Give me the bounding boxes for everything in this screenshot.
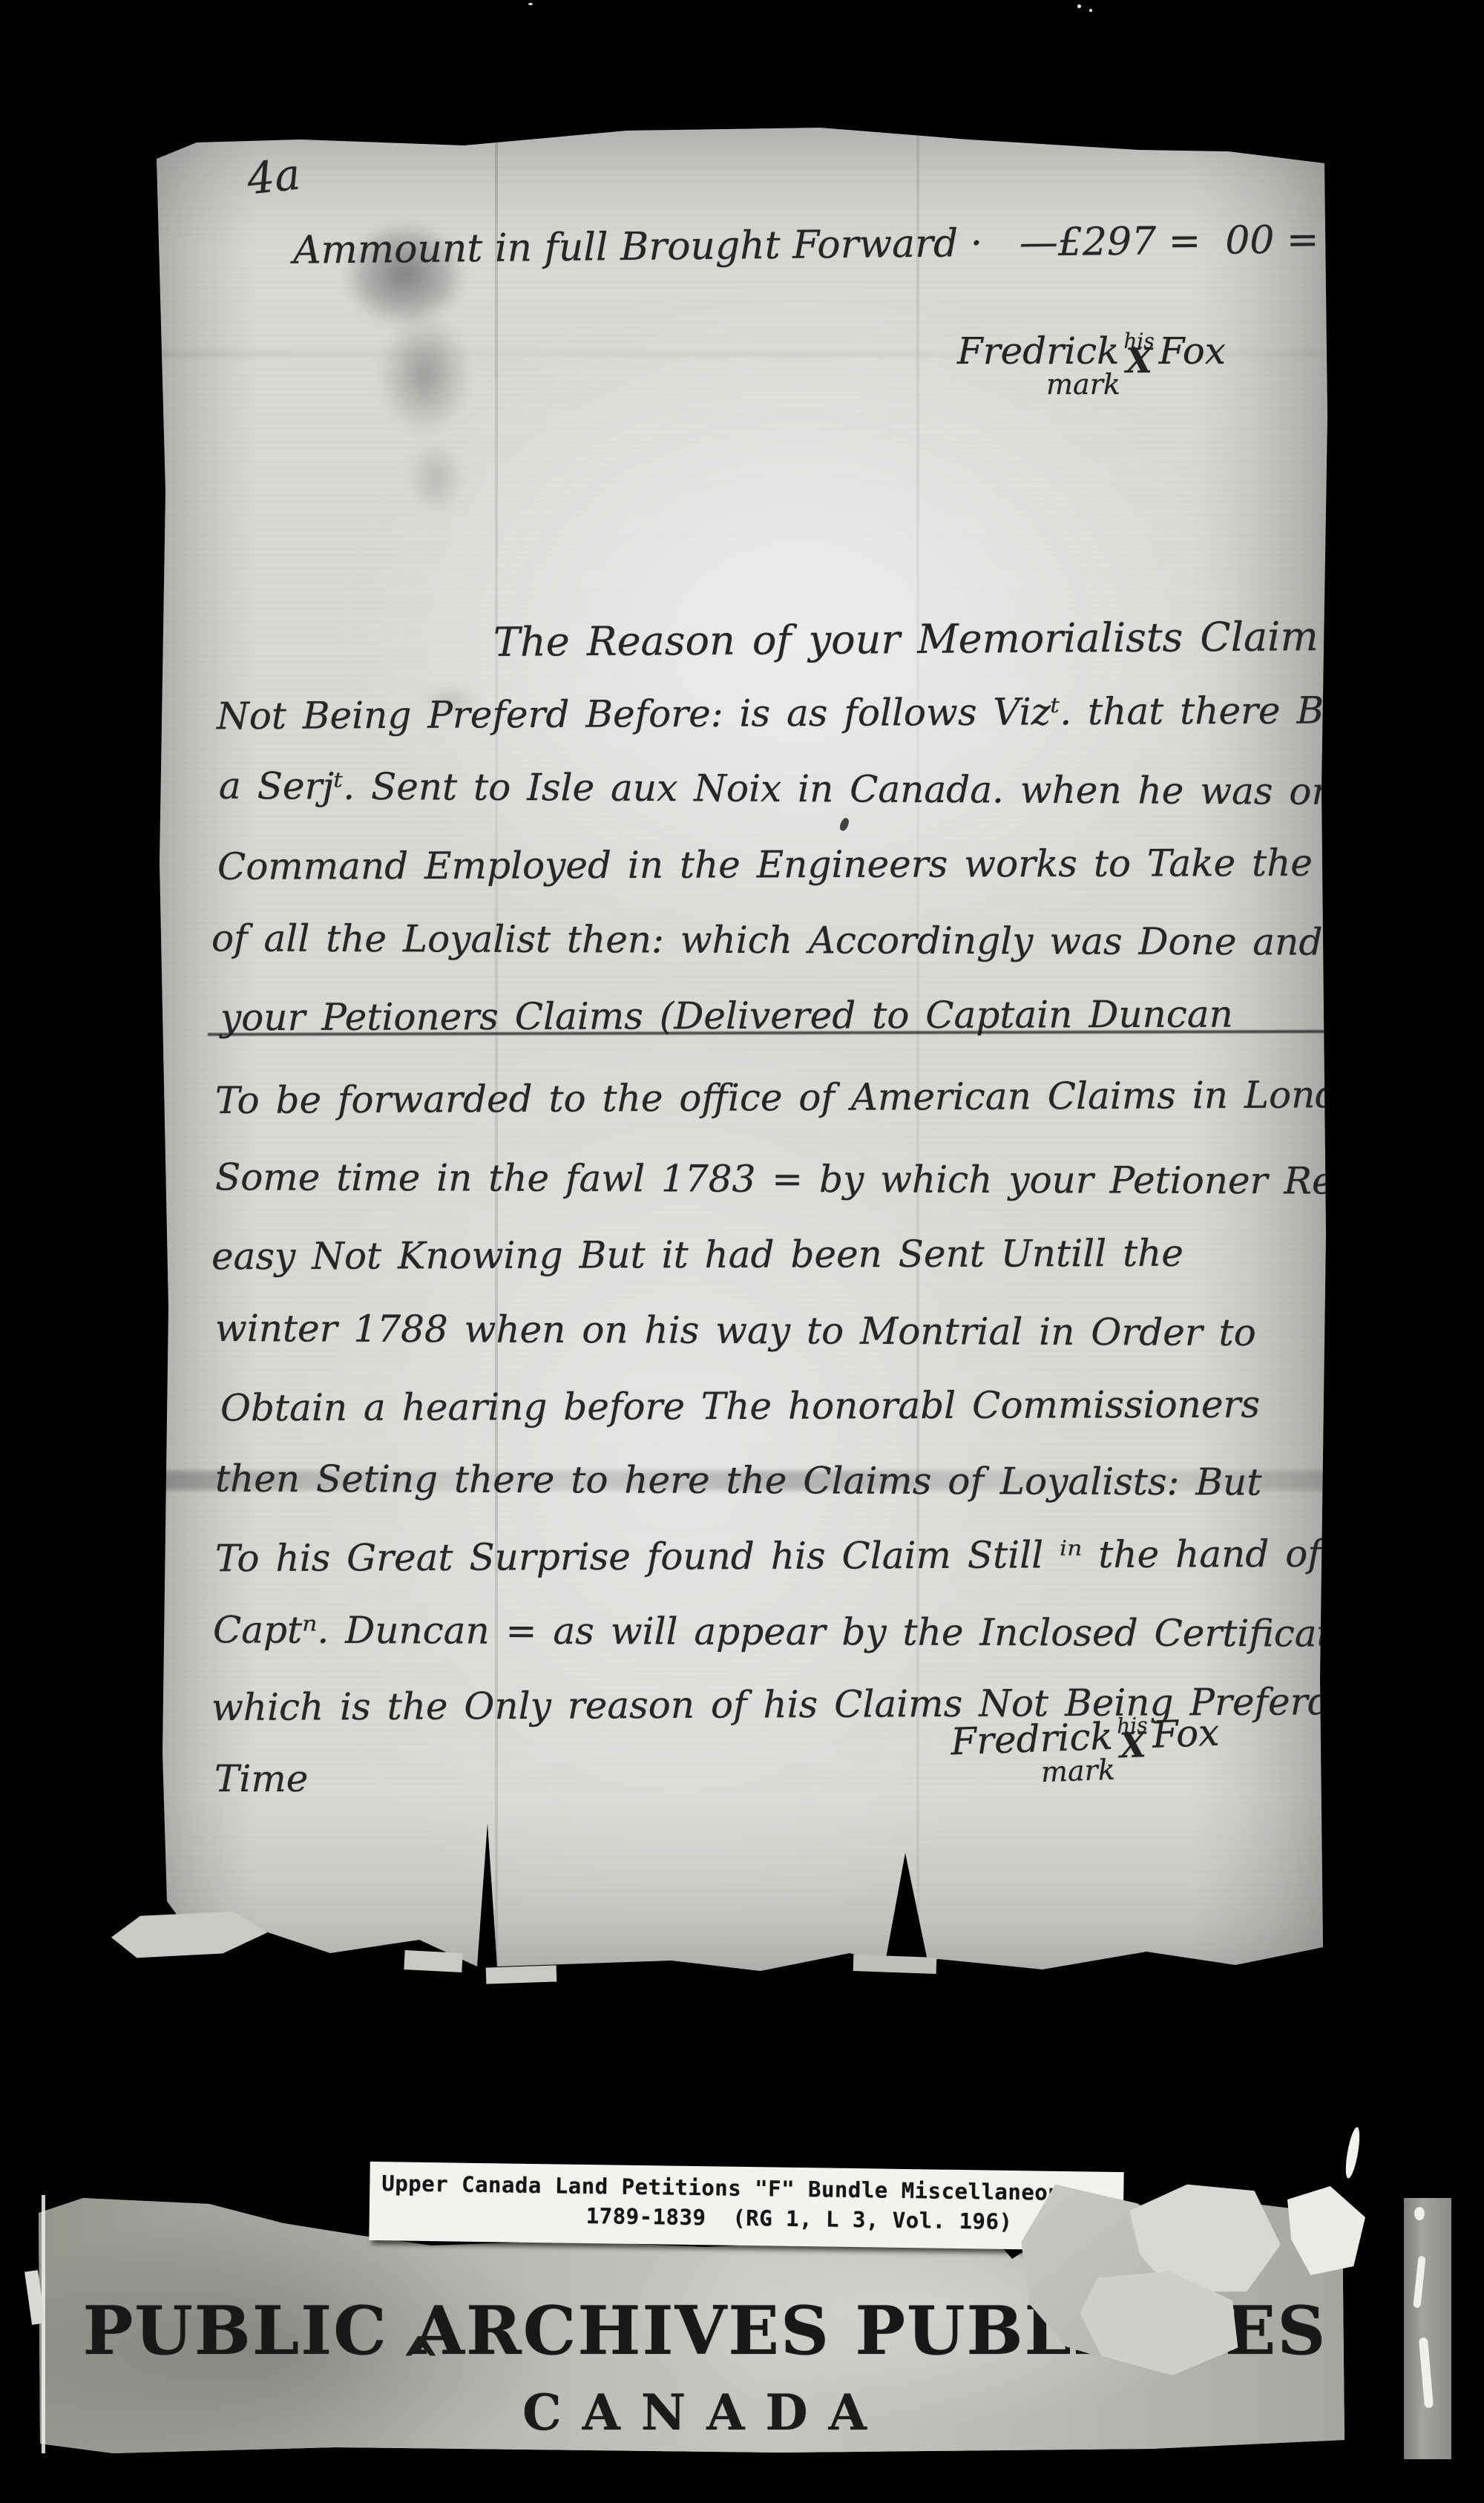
archive-reference-label: Upper Canada Land Petitions "F" Bundle M… [369, 2162, 1123, 2251]
signature-x-mark: his X [1123, 334, 1154, 373]
card-edge-line [42, 2195, 45, 2453]
signature-fredrick-fox-top: Fredrick his X Fox mark [957, 329, 1226, 401]
manuscript-page: 4a Ammount in full Brought Forward · —£2… [152, 120, 1330, 1979]
ink-mark [838, 817, 850, 832]
signature-last-name: Fox [1159, 329, 1226, 373]
ink-stain [397, 428, 475, 528]
film-speck [1419, 2338, 1434, 2409]
label-date-reference: 1789-1839 (RG 1, L 3, Vol. 196) [586, 2203, 1013, 2234]
film-edge-curl [1343, 2126, 1362, 2179]
signature-x-mark: his X [1117, 1718, 1149, 1757]
body-line: Time [214, 1757, 308, 1800]
film-edge-strip [1404, 2198, 1451, 2459]
microfilm-scan: 4a Ammount in full Brought Forward · —£2… [0, 0, 1484, 2503]
film-speck [1414, 2207, 1425, 2220]
signature-fredrick-fox-bottom: Fredrick his X Fox mark [950, 1711, 1221, 1792]
body-line: The Reason of your Memorialists Claim [493, 613, 1319, 666]
page-number-annotation: 4a [245, 148, 303, 204]
body-line: easy Not Knowing But it had been Sent Un… [211, 1232, 1183, 1279]
body-line: winter 1788 when on his way to Montrial … [215, 1307, 1256, 1354]
film-speck [1089, 9, 1092, 12]
torn-paper-fragment [404, 1950, 462, 1972]
body-line: Command Employed in the Engineers works … [217, 841, 1457, 888]
body-line: Captⁿ. Duncan = as will appear by the In… [213, 1608, 1353, 1655]
body-line: of all the Loyalist then: which Accordin… [211, 916, 1323, 963]
body-line: Obtain a hearing before The honorabl Com… [220, 1383, 1260, 1430]
body-line: a Serjᵗ. Sent to Isle aux Noix in Canada… [219, 764, 1374, 813]
torn-paper-fragment [486, 1965, 557, 1984]
archive-banner-subtitle: CANADA [74, 2384, 1336, 2441]
body-line: To be forwarded to the office of America… [215, 1073, 1385, 1122]
film-speck [1077, 4, 1081, 8]
body-line: To his Great Surprise found his Claim St… [215, 1532, 1322, 1581]
signature-first-name: Fredrick [957, 329, 1119, 373]
signature-last-name: Fox [1152, 1711, 1220, 1756]
film-speck [1413, 2256, 1425, 2309]
body-line: then Seting there to here the Claims of … [215, 1457, 1262, 1504]
torn-paper-fragment [853, 1955, 937, 1974]
label-collection-title: Upper Canada Land Petitions "F" Bundle M… [381, 2171, 1074, 2205]
film-speck [528, 3, 533, 5]
body-line: Not Being Preferd Before: is as follows … [217, 689, 1405, 738]
body-line: Some time in the fawl 1783 = by which yo… [215, 1155, 1368, 1202]
